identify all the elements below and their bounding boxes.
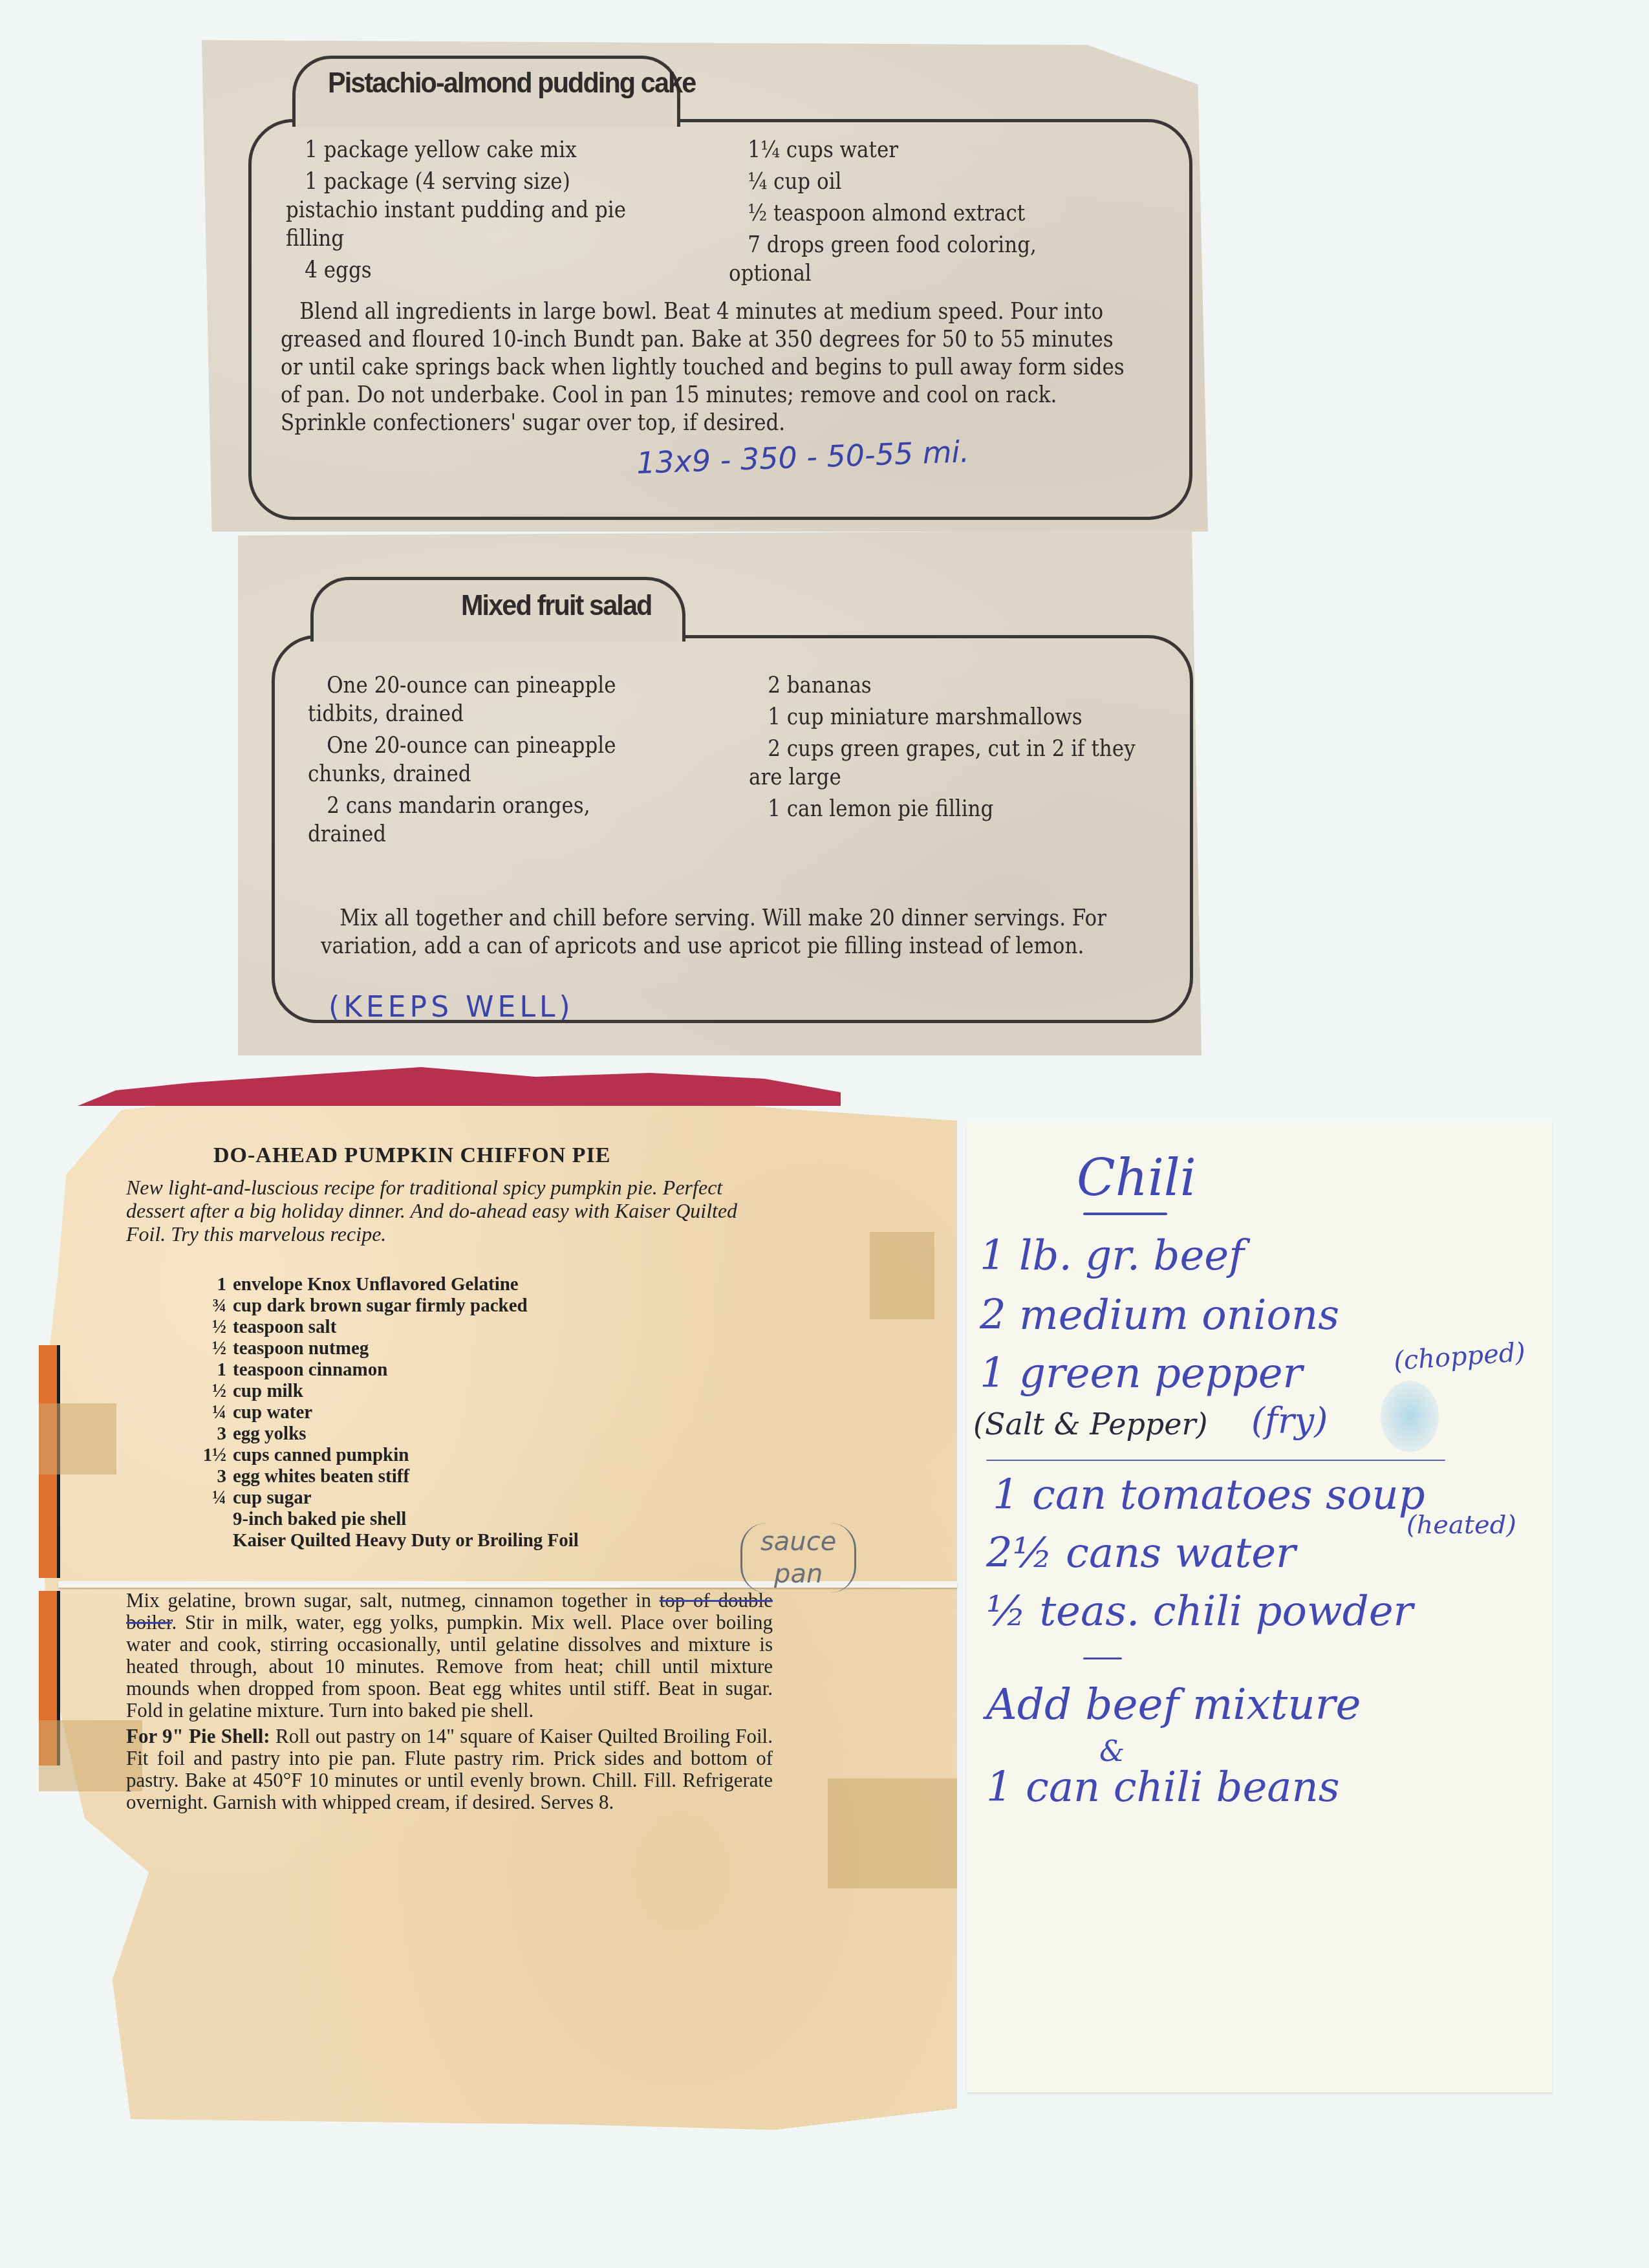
ingredient-item: egg yolks (233, 1423, 307, 1445)
ingredient-item: cup dark brown sugar firmly packed (233, 1295, 528, 1317)
ingredient-item: envelope Knox Unflavored Gelatine (233, 1274, 519, 1295)
ingredients-list: 1envelope Knox Unflavored Gelatine¾cup d… (189, 1274, 579, 1551)
recipe-intro: New light-and-luscious recipe for tradit… (126, 1176, 773, 1246)
recipe-title: Pistachio-almond pudding cake (328, 67, 695, 100)
pencil-note-line: sauce (760, 1526, 836, 1558)
tape-strip (39, 1403, 116, 1474)
directions-text: . Stir in milk, water, egg yolks, pumpki… (126, 1611, 773, 1722)
pistachio-cake-clipping: Pistachio-almond pudding cake 1 package … (202, 40, 1208, 532)
card-line: Add beef mixture (986, 1679, 1361, 1729)
ingredient: 1½cups canned pumpkin (189, 1445, 579, 1466)
card-line: 1 can tomatoes soup (993, 1471, 1425, 1519)
ingredient-quantity (189, 1509, 233, 1530)
card-line: 1 green pepper (980, 1350, 1302, 1398)
recipe-directions: Mix gelatine, brown sugar, salt, nutmeg,… (126, 1590, 773, 1817)
ingredient: ¼cup water (189, 1402, 579, 1423)
ingredient-item: Kaiser Quilted Heavy Duty or Broiling Fo… (233, 1530, 579, 1551)
ingredient: ¼ cup oil (729, 167, 1118, 196)
ingredient-quantity: 1 (189, 1274, 233, 1295)
ingredient: One 20-ounce can pineapple tidbits, drai… (308, 671, 669, 728)
card-line: (fry) (1251, 1400, 1328, 1441)
card-line: ½ teas. chili powder (986, 1588, 1413, 1636)
ingredient: ½teaspoon salt (189, 1317, 579, 1338)
ingredient-item: cup milk (233, 1381, 303, 1402)
ingredient-item: cup water (233, 1402, 312, 1423)
directions-text: Mix gelatine, brown sugar, salt, nutmeg,… (126, 1589, 660, 1612)
ingredient: 2 cups green grapes, cut in 2 if they ar… (749, 735, 1160, 792)
card-line: 1 can chili beans (986, 1764, 1340, 1811)
ingredients-left: One 20-ounce can pineapple tidbits, drai… (308, 671, 669, 852)
ingredient: 7 drops green food coloring, optional (729, 231, 1118, 288)
card-title: Chili (1077, 1149, 1196, 1207)
ingredient-quantity: ½ (189, 1338, 233, 1359)
ingredients-right: 2 bananas 1 cup miniature marshmallows 2… (749, 671, 1160, 826)
ingredient-item: cup sugar (233, 1487, 312, 1509)
card-line: 2½ cans water (986, 1529, 1296, 1577)
recipe-directions: Blend all ingredients in large bowl. Bea… (281, 297, 1137, 437)
ingredient: 1 package (4 serving size) pistachio ins… (286, 167, 630, 253)
ingredient: 1 cup miniature marshmallows (749, 703, 1160, 731)
ingredient: Kaiser Quilted Heavy Duty or Broiling Fo… (189, 1530, 579, 1551)
ingredient-quantity: 1 (189, 1359, 233, 1381)
ingredient: 2 cans mandarin oranges, drained (308, 792, 669, 848)
ingredient: 2 bananas (749, 671, 1160, 700)
pie-shell-label: For 9" Pie Shell: (126, 1725, 270, 1747)
title-underline (1083, 1213, 1167, 1215)
section-divider (1083, 1658, 1122, 1659)
ingredient: 1teaspoon cinnamon (189, 1359, 579, 1381)
ingredient-quantity: ¼ (189, 1487, 233, 1509)
fruit-salad-clipping: Mixed fruit salad One 20-ounce can pinea… (238, 530, 1202, 1055)
ingredient: One 20-ounce can pineapple chunks, drain… (308, 731, 669, 788)
chili-index-card: Chili 1 lb. gr. beef 2 medium onions 1 g… (967, 1122, 1552, 2092)
ingredient-item: egg whites beaten stiff (233, 1466, 409, 1487)
card-line: (heated) (1406, 1510, 1516, 1540)
pumpkin-pie-clipping: DO-AHEAD PUMPKIN CHIFFON PIE New light-a… (39, 1067, 957, 2141)
card-line: (chopped) (1393, 1337, 1527, 1376)
ingredients-right: 1¼ cups water ¼ cup oil ½ teaspoon almon… (729, 136, 1118, 291)
ingredient: ¾cup dark brown sugar firmly packed (189, 1295, 579, 1317)
ingredient: 1 package yellow cake mix (286, 136, 630, 164)
ingredient-quantity: ½ (189, 1381, 233, 1402)
ingredient: ½teaspoon nutmeg (189, 1338, 579, 1359)
ingredient: 4 eggs (286, 256, 630, 285)
ingredient: ½cup milk (189, 1381, 579, 1402)
ingredient: 1envelope Knox Unflavored Gelatine (189, 1274, 579, 1295)
ingredient-quantity: ¾ (189, 1295, 233, 1317)
recipe-directions: Mix all together and chill before servin… (321, 904, 1189, 960)
ingredient-quantity: ¼ (189, 1402, 233, 1423)
section-divider (986, 1460, 1445, 1461)
ingredient-quantity: 3 (189, 1423, 233, 1445)
card-line: 2 medium onions (980, 1291, 1339, 1339)
ink-smudge (1381, 1381, 1439, 1452)
card-line: 1 lb. gr. beef (980, 1232, 1244, 1280)
ingredient-item: teaspoon salt (233, 1317, 336, 1338)
ingredient: 3egg yolks (189, 1423, 579, 1445)
ingredient-item: cups canned pumpkin (233, 1445, 409, 1466)
ingredient-item: teaspoon nutmeg (233, 1338, 369, 1359)
tape-strip (828, 1778, 957, 1888)
ingredient: 1 can lemon pie filling (749, 795, 1160, 823)
ingredient: ¼cup sugar (189, 1487, 579, 1509)
ingredient-item: teaspoon cinnamon (233, 1359, 387, 1381)
ingredient-quantity: 1½ (189, 1445, 233, 1466)
ingredient: 3egg whites beaten stiff (189, 1466, 579, 1487)
card-line: (Salt & Pepper) (973, 1407, 1207, 1442)
tape-strip (870, 1232, 934, 1319)
red-torn-band (78, 1067, 841, 1106)
ingredient-quantity: 3 (189, 1466, 233, 1487)
recipe-title: DO-AHEAD PUMPKIN CHIFFON PIE (213, 1143, 610, 1168)
pencil-note-line: pan (760, 1558, 836, 1590)
pencil-note: sauce pan (740, 1523, 856, 1593)
ingredient-item: 9-inch baked pie shell (233, 1509, 406, 1530)
ingredient-quantity: ½ (189, 1317, 233, 1338)
ingredients-left: 1 package yellow cake mix 1 package (4 s… (286, 136, 630, 288)
recipe-title: Mixed fruit salad (461, 590, 651, 622)
ingredient: ½ teaspoon almond extract (729, 199, 1118, 228)
ingredient: 9-inch baked pie shell (189, 1509, 579, 1530)
ingredient: 1¼ cups water (729, 136, 1118, 164)
ingredient-quantity (189, 1530, 233, 1551)
handwritten-note: (KEEPS WELL) (329, 991, 574, 1024)
